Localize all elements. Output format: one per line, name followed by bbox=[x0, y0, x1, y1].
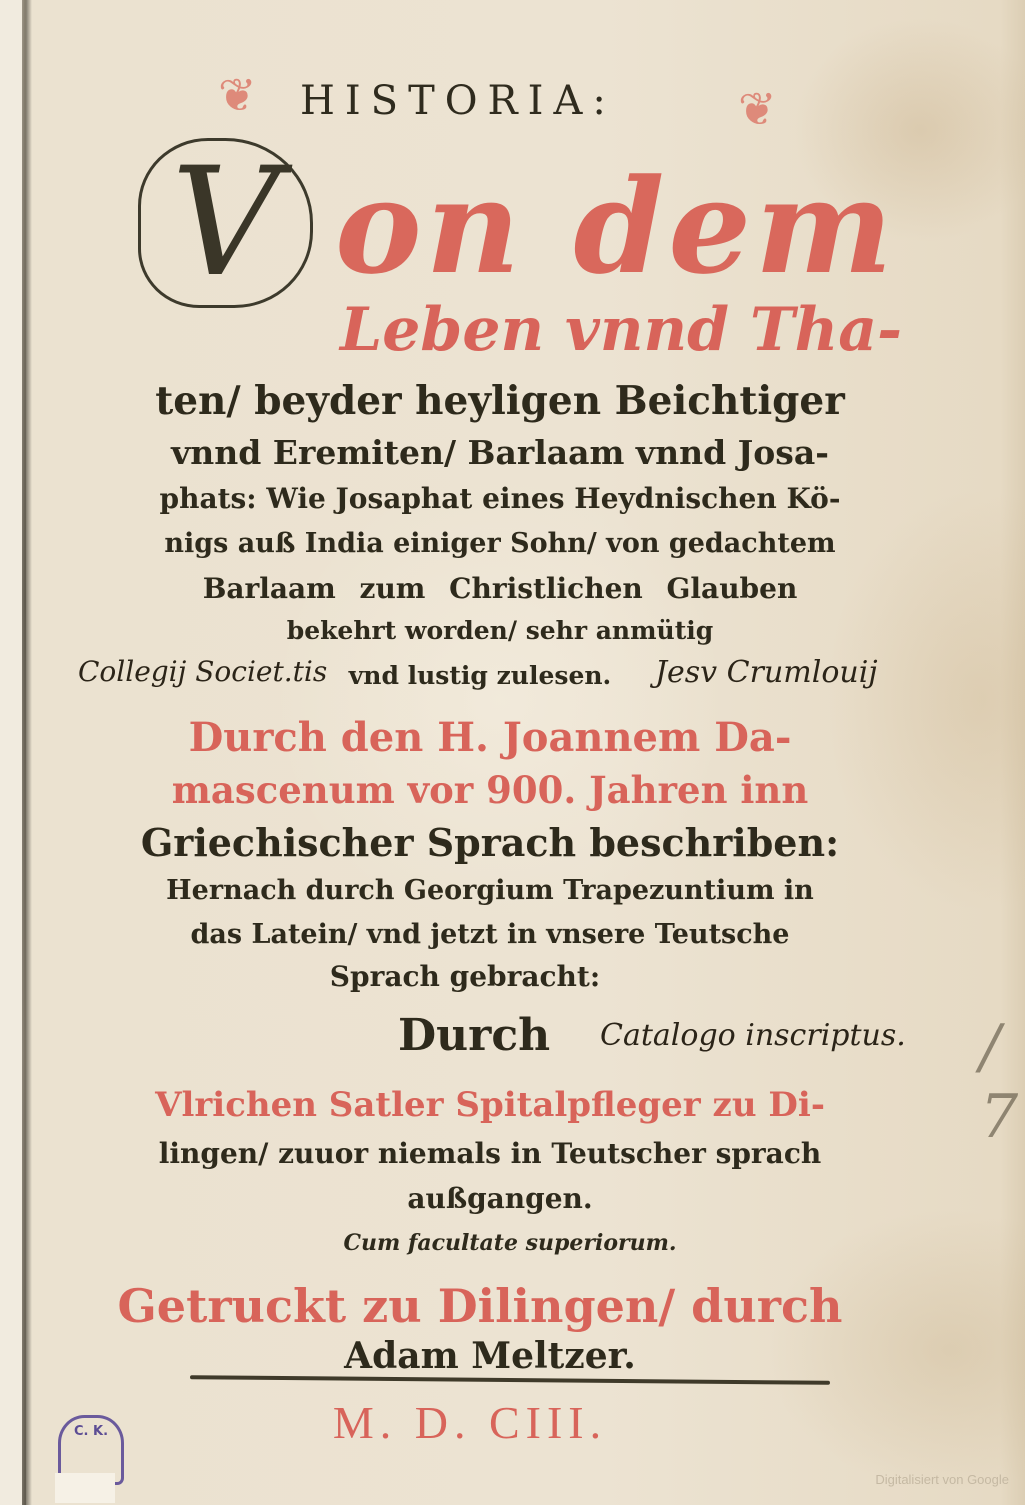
handwritten-provenance-right: Jesv Crumlouij bbox=[655, 655, 878, 690]
title-line: Barlaam zum Christlichen Glauben bbox=[170, 575, 830, 603]
translator-line: Vlrichen Satler Spitalpfleger zu Di- bbox=[110, 1088, 870, 1122]
translator-line: außgangen. bbox=[380, 1185, 620, 1213]
title-line: ten/ beyder heyligen Beichtiger bbox=[130, 382, 870, 421]
title-line: vnd lustig zulesen. bbox=[310, 663, 650, 688]
author-line: Hernach durch Georgium Trapezuntium in bbox=[110, 877, 870, 904]
library-stamp-text: C. K. bbox=[74, 1424, 108, 1439]
title-line: vnnd Eremiten/ Barlaam vnnd Josa- bbox=[130, 436, 870, 469]
author-line: Durch den H. Joannem Da- bbox=[110, 718, 870, 758]
title-line: nigs auß India einiger Sohn/ von gedacht… bbox=[130, 530, 870, 557]
page-left-edge bbox=[22, 0, 26, 1505]
title-line: bekehrt worden/ sehr anmütig bbox=[200, 618, 800, 643]
imprint-year: M. D. CIII. bbox=[260, 1400, 680, 1446]
translator-line: lingen/ zuuor niemals in Teutscher sprac… bbox=[130, 1140, 850, 1168]
digitization-watermark: Digitalisiert von Google bbox=[875, 1472, 1009, 1487]
title-line: Leben vnnd Tha- bbox=[340, 300, 860, 360]
decorated-initial-letter: V bbox=[138, 138, 313, 308]
page-heading-historia: HISTORIA: bbox=[300, 78, 720, 124]
handwritten-catalog-note: Catalogo inscriptus. bbox=[600, 1018, 906, 1053]
title-line-von-dem: on dem bbox=[335, 150, 897, 303]
title-line: phats: Wie Josaphat eines Heydnischen Kö… bbox=[130, 485, 870, 513]
privilege-line: Cum facultate superiorum. bbox=[300, 1232, 720, 1254]
ornament-fleuron-right-icon: ❦ bbox=[738, 86, 777, 132]
handwritten-provenance-left: Collegij Societ.tis bbox=[78, 655, 327, 688]
author-line: mascenum vor 900. Jahren inn bbox=[110, 772, 870, 809]
imprint-printed-at: Getruckt zu Dilingen/ durch bbox=[100, 1283, 860, 1329]
imprint-printer: Adam Meltzer. bbox=[280, 1338, 700, 1374]
durch-heading: Durch bbox=[398, 1014, 550, 1058]
author-line: das Latein/ vnd jetzt in vnsere Teutsche bbox=[140, 921, 840, 948]
stamp-redaction bbox=[55, 1473, 115, 1503]
author-line: Sprach gebracht: bbox=[300, 963, 630, 991]
ornament-fleuron-left-icon: ❦ bbox=[218, 72, 257, 118]
author-line: Griechischer Sprach beschriben: bbox=[110, 824, 870, 862]
handwritten-margin-mark: / 7 bbox=[980, 1012, 1025, 1152]
